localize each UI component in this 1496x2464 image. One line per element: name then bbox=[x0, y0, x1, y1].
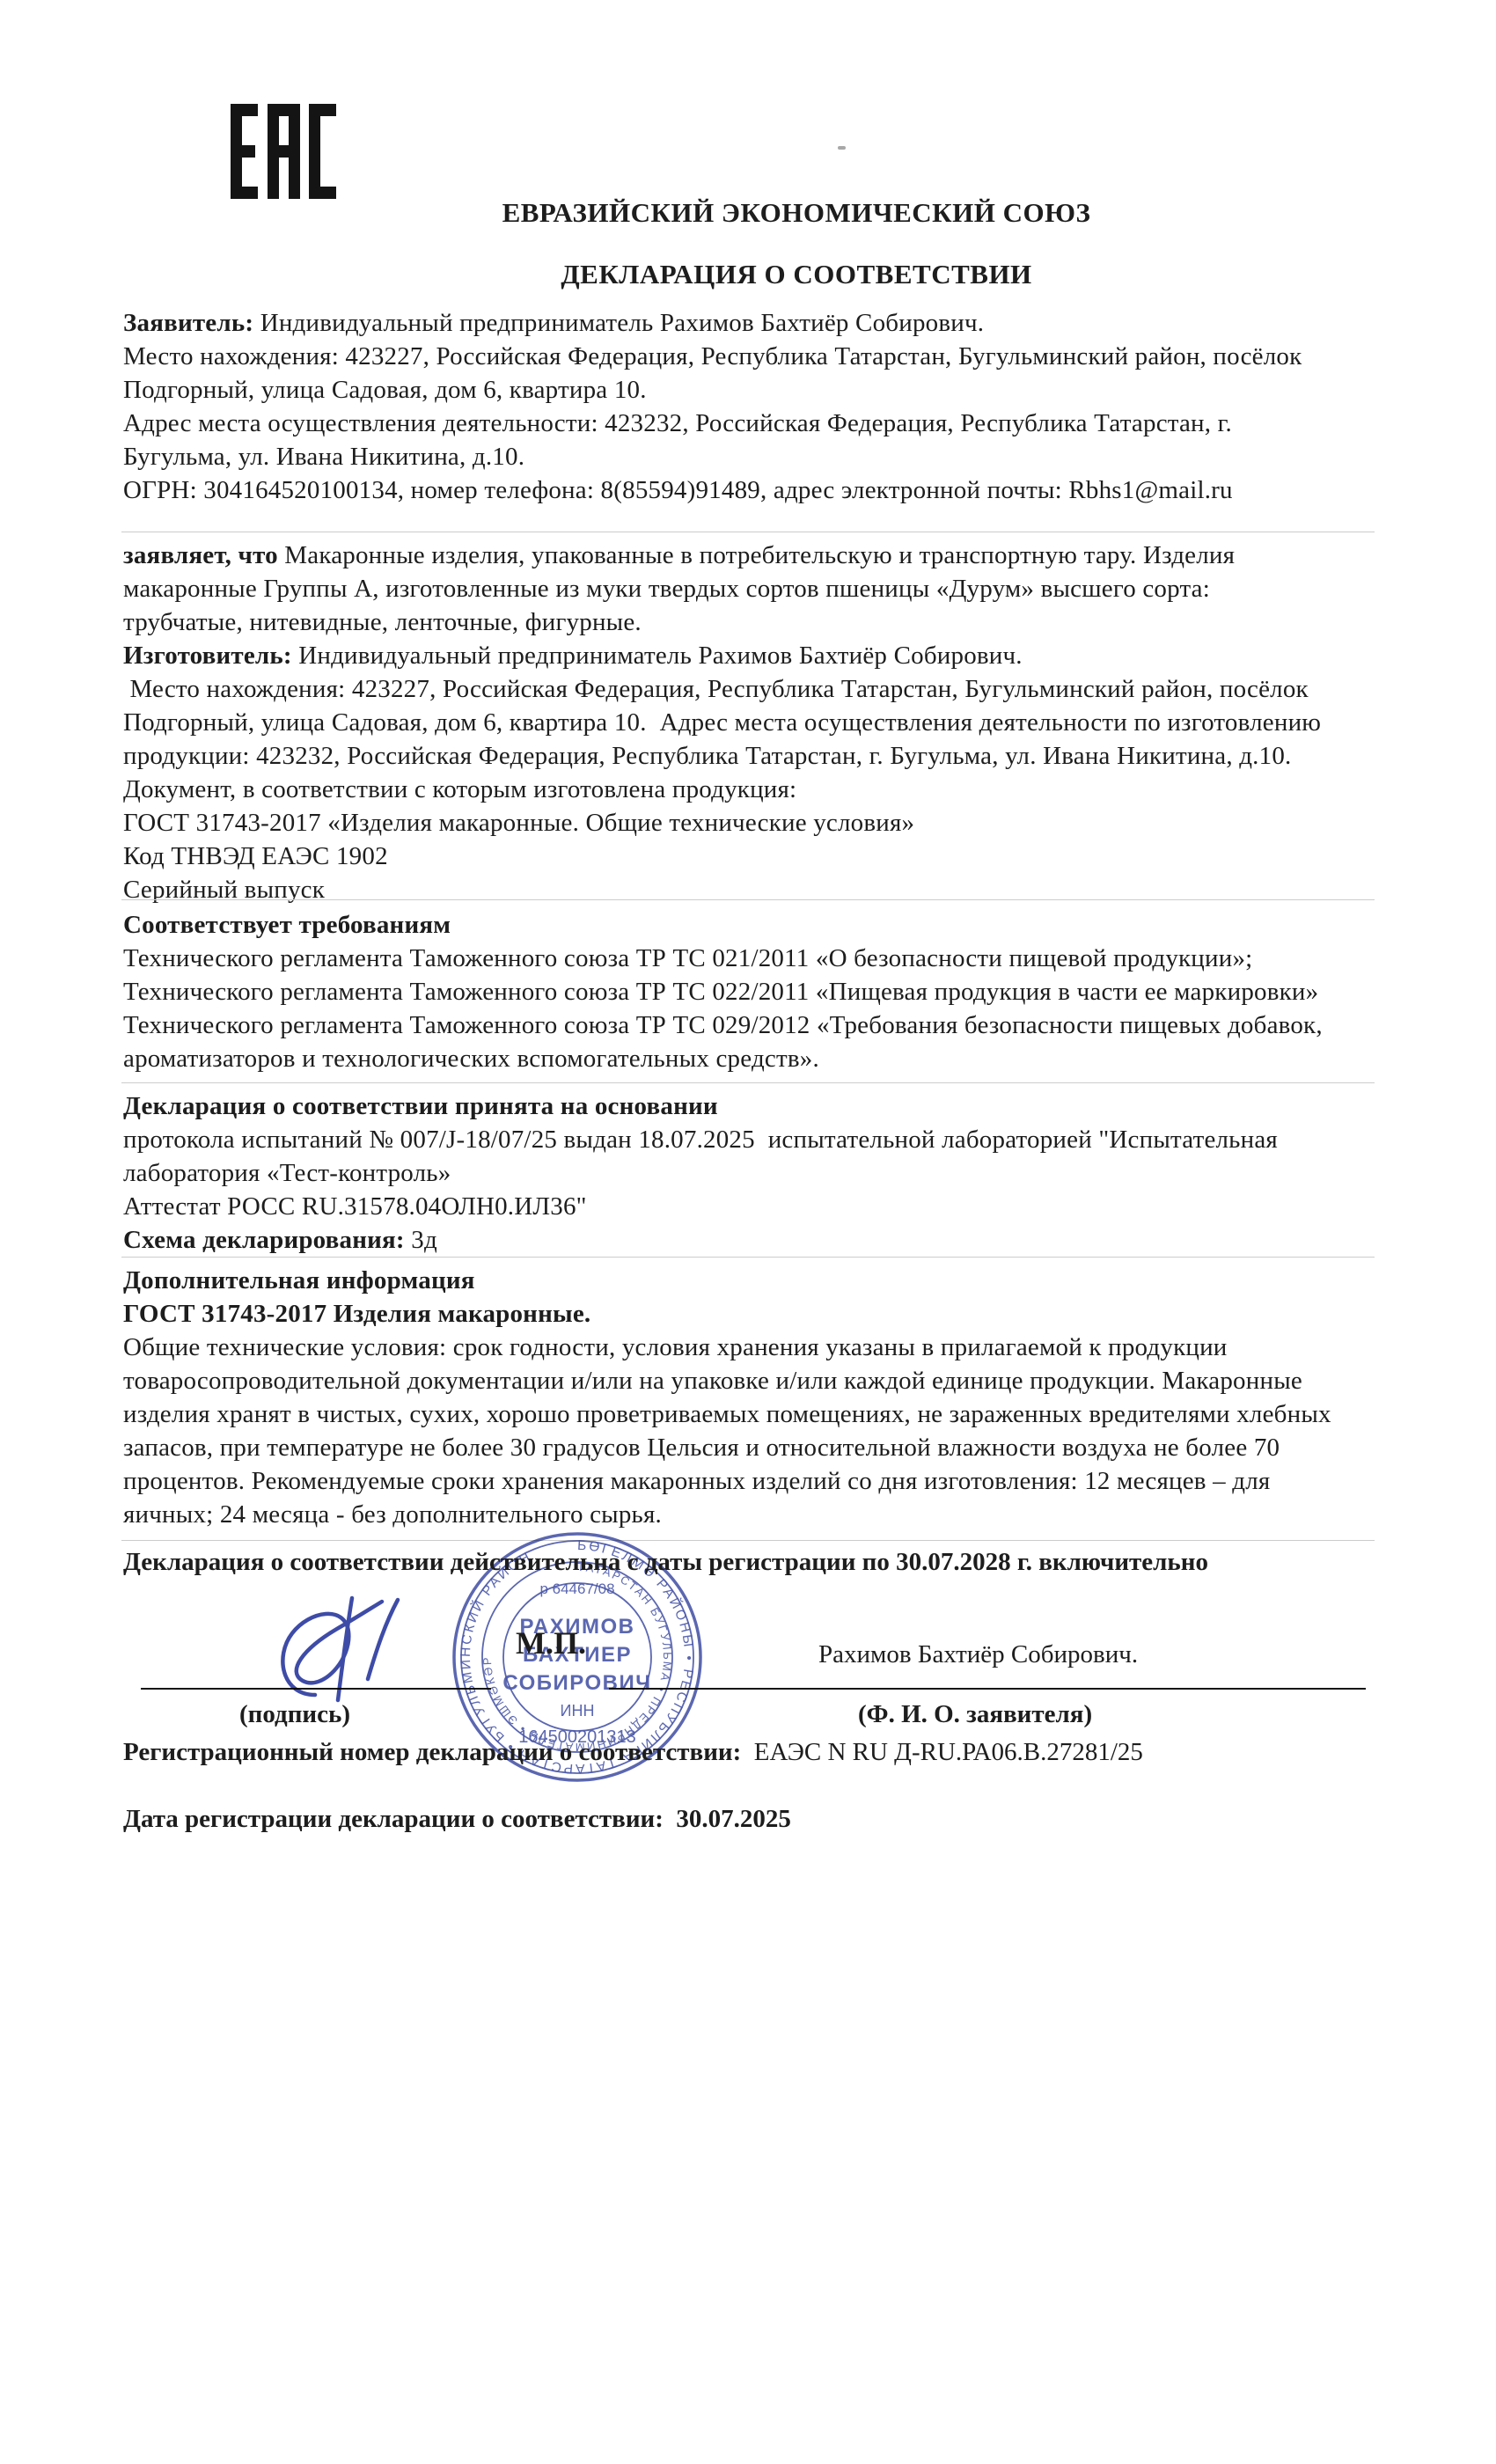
text-line: трубчатые, нитевидные, ленточные, фигурн… bbox=[123, 605, 1390, 639]
line-text: Адрес места осуществления деятельности: … bbox=[123, 409, 1232, 437]
text-line: Подгорный, улица Садовая, дом 6, квартир… bbox=[123, 373, 1390, 407]
compliance-section: Соответствует требованиям Технического р… bbox=[123, 908, 1390, 1075]
line-text: Документ, в соответствии с которым изгот… bbox=[123, 775, 796, 803]
line-bold: Схема декларирования: bbox=[123, 1226, 405, 1254]
fio-caption: (Ф. И. О. заявителя) bbox=[858, 1700, 1092, 1729]
stamp-patronymic: СОБИРОВИЧ bbox=[502, 1671, 651, 1695]
registration-date-value: 30.07.2025 bbox=[664, 1805, 791, 1833]
registration-number-value: ЕАЭС N RU Д-RU.РА06.В.27281/25 bbox=[741, 1738, 1143, 1766]
line-text: процентов. Рекомендуемые сроки хранения … bbox=[123, 1467, 1270, 1495]
text-line: процентов. Рекомендуемые сроки хранения … bbox=[123, 1464, 1390, 1498]
line-text: Подгорный, улица Садовая, дом 6, квартир… bbox=[123, 708, 1321, 737]
line-text: ГОСТ 31743-2017 «Изделия макаронные. Общ… bbox=[123, 809, 914, 837]
line-text: Место нахождения: 423227, Российская Фед… bbox=[123, 675, 1309, 703]
document-title: ДЕКЛАРАЦИЯ О СООТВЕТСТВИИ bbox=[211, 259, 1382, 290]
line-text: лаборатория «Тест-контроль» bbox=[123, 1159, 451, 1187]
applicant-section: Заявитель: Индивидуальный предпринимател… bbox=[123, 306, 1390, 507]
text-line: запасов, при температуре не более 30 гра… bbox=[123, 1431, 1390, 1464]
line-text: Индивидуальный предприниматель Рахимов Б… bbox=[292, 642, 1023, 670]
line-bold: Изготовитель: bbox=[123, 642, 292, 670]
line-bold: ГОСТ 31743-2017 Изделия макаронные. bbox=[123, 1300, 590, 1328]
line-text: изделия хранят в чистых, сухих, хорошо п… bbox=[123, 1400, 1331, 1428]
section-divider bbox=[121, 899, 1375, 900]
eac-logo-icon bbox=[231, 104, 336, 202]
registration-date-line: Дата регистрации декларации о соответств… bbox=[123, 1802, 791, 1836]
registration-date-label: Дата регистрации декларации о соответств… bbox=[123, 1805, 664, 1833]
text-line: Место нахождения: 423227, Российская Фед… bbox=[123, 672, 1390, 706]
stamp-place-mark: М.П. bbox=[516, 1624, 586, 1661]
text-line: яичных; 24 месяца - без дополнительного … bbox=[123, 1498, 1390, 1531]
line-text: Бугульма, ул. Ивана Никитина, д.10. bbox=[123, 443, 524, 471]
registration-number-label: Регистрационный номер декларации о соотв… bbox=[123, 1738, 741, 1766]
line-text: 3д bbox=[405, 1226, 437, 1254]
text-line: ГОСТ 31743-2017 Изделия макаронные. bbox=[123, 1297, 1390, 1331]
text-line: Изготовитель: Индивидуальный предпринима… bbox=[123, 639, 1390, 672]
text-line: товаросопроводительной документации и/ил… bbox=[123, 1364, 1390, 1397]
line-bold: Соответствует требованиям bbox=[123, 911, 451, 939]
line-text: Технического регламента Таможенного союз… bbox=[123, 944, 1252, 972]
line-text: ароматизаторов и технологических вспомог… bbox=[123, 1045, 819, 1073]
stamp-reg-number: р 64467/08 bbox=[539, 1580, 614, 1597]
declaration-product-section: заявляет, что Макаронные изделия, упаков… bbox=[123, 539, 1390, 906]
text-line: Подгорный, улица Садовая, дом 6, квартир… bbox=[123, 706, 1390, 739]
signature-caption: (подпись) bbox=[239, 1700, 350, 1729]
applicant-fio: Рахимов Бахтиёр Собирович. bbox=[818, 1639, 1138, 1670]
text-line: Технического регламента Таможенного союз… bbox=[123, 942, 1390, 975]
scan-artifact bbox=[838, 146, 846, 150]
line-bold: Заявитель: bbox=[123, 309, 253, 337]
text-line: Дополнительная информация bbox=[123, 1264, 1390, 1297]
fio-line bbox=[609, 1688, 1366, 1690]
text-line: Соответствует требованиям bbox=[123, 908, 1390, 942]
line-text: Индивидуальный предприниматель Рахимов Б… bbox=[253, 309, 984, 337]
text-line: Заявитель: Индивидуальный предпринимател… bbox=[123, 306, 1390, 340]
union-title: ЕВРАЗИЙСКИЙ ЭКОНОМИЧЕСКИЙ СОЮЗ bbox=[211, 197, 1382, 229]
text-line: изделия хранят в чистых, сухих, хорошо п… bbox=[123, 1397, 1390, 1431]
text-line: Схема декларирования: 3д bbox=[123, 1223, 1390, 1257]
section-divider bbox=[121, 1257, 1375, 1258]
text-line: протокола испытаний № 007/J-18/07/25 выд… bbox=[123, 1123, 1390, 1156]
line-bold: заявляет, что bbox=[123, 541, 278, 569]
text-line: Документ, в соответствии с которым изгот… bbox=[123, 773, 1390, 806]
section-divider bbox=[121, 1540, 1375, 1541]
text-line: Технического регламента Таможенного союз… bbox=[123, 975, 1390, 1008]
section-divider bbox=[121, 532, 1375, 532]
text-line: Серийный выпуск bbox=[123, 873, 1390, 906]
text-line: ГОСТ 31743-2017 «Изделия макаронные. Общ… bbox=[123, 806, 1390, 840]
line-text: макаронные Группы А, изготовленные из му… bbox=[123, 575, 1210, 603]
line-text: Общие технические условия: срок годности… bbox=[123, 1333, 1228, 1361]
text-line: макаронные Группы А, изготовленные из му… bbox=[123, 572, 1390, 605]
additional-info-section: Дополнительная информация ГОСТ 31743-201… bbox=[123, 1264, 1390, 1531]
line-text: ОГРН: 304164520100134, номер телефона: 8… bbox=[123, 476, 1233, 504]
stamp-inn-label: ИНН bbox=[561, 1702, 595, 1720]
declaration-document: ЕВРАЗИЙСКИЙ ЭКОНОМИЧЕСКИЙ СОЮЗ ДЕКЛАРАЦИ… bbox=[0, 0, 1496, 2464]
text-line: лаборатория «Тест-контроль» bbox=[123, 1156, 1390, 1190]
text-line: Место нахождения: 423227, Российская Фед… bbox=[123, 340, 1390, 373]
line-text: Макаронные изделия, упакованные в потреб… bbox=[278, 541, 1235, 569]
line-text: запасов, при температуре не более 30 гра… bbox=[123, 1434, 1280, 1462]
text-line: ОГРН: 304164520100134, номер телефона: 8… bbox=[123, 473, 1390, 507]
text-line: Общие технические условия: срок годности… bbox=[123, 1331, 1390, 1364]
line-text: Аттестат РОСС RU.31578.04ОЛН0.ИЛ36" bbox=[123, 1192, 587, 1221]
text-line: заявляет, что Макаронные изделия, упаков… bbox=[123, 539, 1390, 572]
line-text: Подгорный, улица Садовая, дом 6, квартир… bbox=[123, 376, 647, 404]
text-line: Декларация о соответствии принята на осн… bbox=[123, 1089, 1390, 1123]
text-line: продукции: 423232, Российская Федерация,… bbox=[123, 739, 1390, 773]
text-line: Бугульма, ул. Ивана Никитина, д.10. bbox=[123, 440, 1390, 473]
line-bold: Декларация о соответствии принята на осн… bbox=[123, 1092, 718, 1120]
registration-number-line: Регистрационный номер декларации о соотв… bbox=[123, 1735, 1143, 1769]
text-line: Код ТНВЭД ЕАЭС 1902 bbox=[123, 840, 1390, 873]
line-text: Код ТНВЭД ЕАЭС 1902 bbox=[123, 842, 388, 870]
basis-section: Декларация о соответствии принята на осн… bbox=[123, 1089, 1390, 1257]
line-text: Место нахождения: 423227, Российская Фед… bbox=[123, 342, 1302, 370]
text-line: ароматизаторов и технологических вспомог… bbox=[123, 1042, 1390, 1075]
line-text: протокола испытаний № 007/J-18/07/25 выд… bbox=[123, 1126, 1278, 1154]
validity-statement: Декларация о соответствии действительна … bbox=[123, 1545, 1390, 1579]
line-bold: Дополнительная информация bbox=[123, 1266, 475, 1294]
line-text: Технического регламента Таможенного союз… bbox=[123, 978, 1318, 1006]
section-divider bbox=[121, 1082, 1375, 1083]
line-text: товаросопроводительной документации и/ил… bbox=[123, 1367, 1302, 1395]
line-text: Технического регламента Таможенного союз… bbox=[123, 1011, 1323, 1039]
text-line: Аттестат РОСС RU.31578.04ОЛН0.ИЛ36" bbox=[123, 1190, 1390, 1223]
text-line: Адрес места осуществления деятельности: … bbox=[123, 407, 1390, 440]
line-text: продукции: 423232, Российская Федерация,… bbox=[123, 742, 1291, 770]
line-text: трубчатые, нитевидные, ленточные, фигурн… bbox=[123, 608, 642, 636]
text-line: Технического регламента Таможенного союз… bbox=[123, 1008, 1390, 1042]
